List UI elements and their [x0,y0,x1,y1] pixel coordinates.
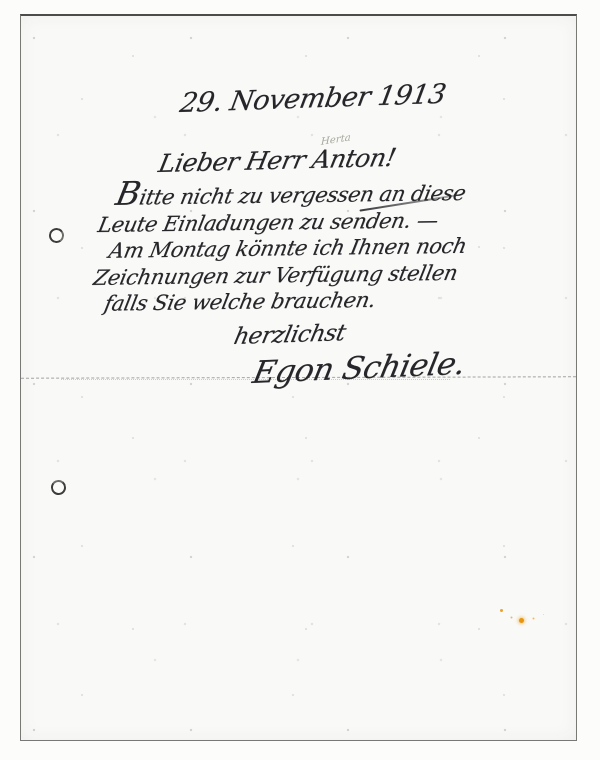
body-line: Zeichnungen zur Verfügung stellen [85,259,464,291]
date-line: 29. November 1913 [177,79,447,119]
stain [519,618,524,623]
scanned-letter: 29. November 1913 Herta Lieber Herr Anto… [0,0,600,760]
salutation-line: Lieber Herr Anton! [156,143,398,178]
letter-body: Bitte nicht zu vergessen an diese Leute … [80,176,480,318]
closing-line: herzlichst [231,320,347,350]
body-line: falls Sie welche brauchen. [80,286,459,318]
body-line: Bitte nicht zu vergessen an diese [101,176,480,212]
punch-hole-bottom [50,479,66,495]
letter-page: 29. November 1913 Herta Lieber Herr Anto… [20,14,577,741]
signature-line: Egon Schiele. [250,346,469,391]
punch-hole-top [48,227,65,244]
